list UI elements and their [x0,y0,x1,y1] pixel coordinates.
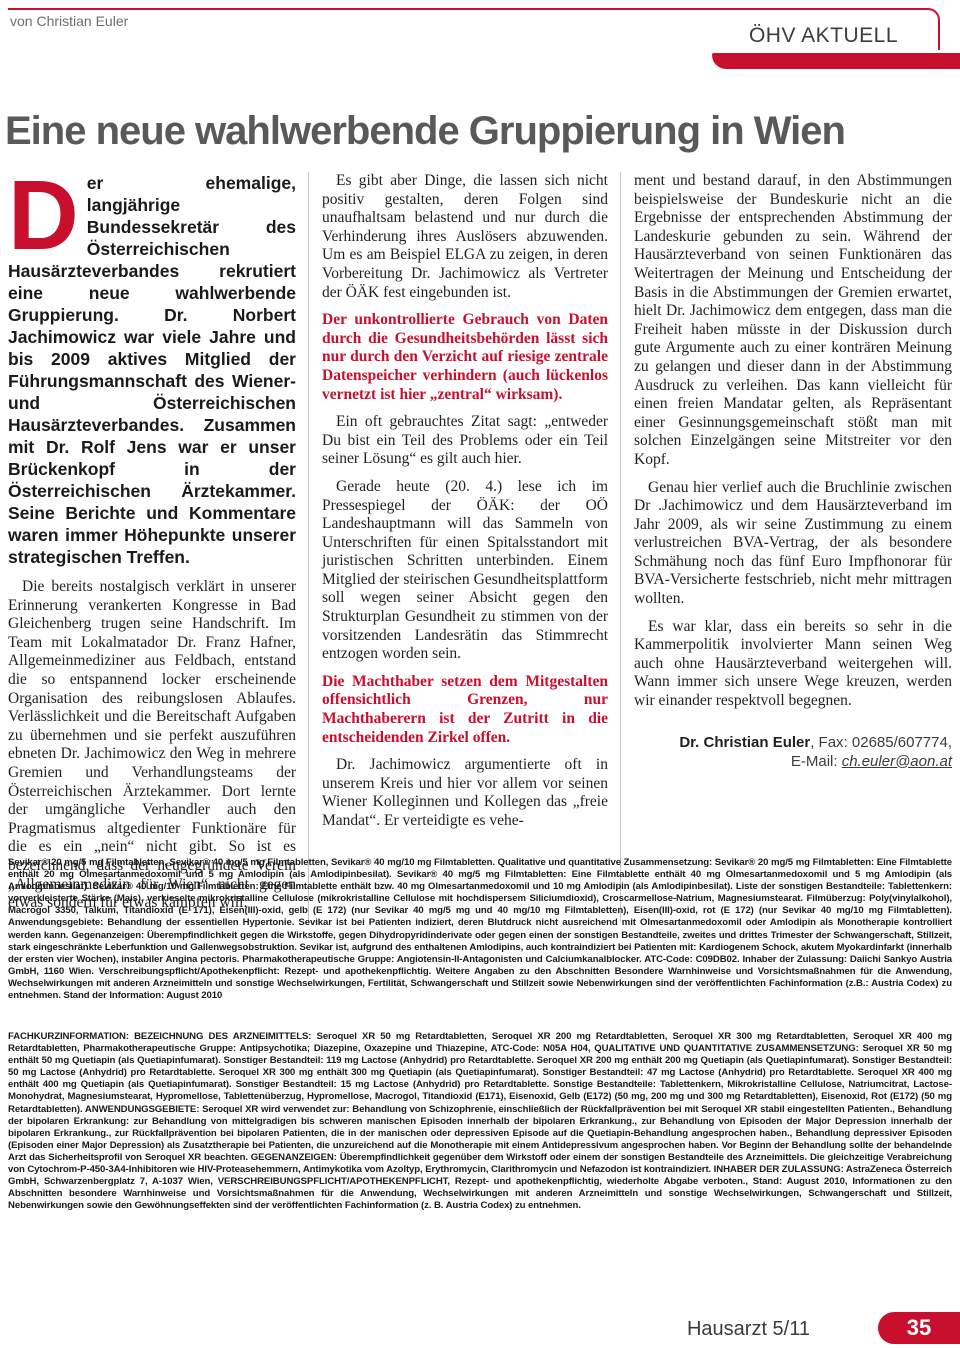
intro-paragraph: Der ehemalige, langjährige Bundessekretä… [8,172,296,568]
fineprint-fachkurzinformation: FACHKURZINFORMATION: BEZEICHNUNG DES ARZ… [8,1031,952,1212]
column-3: ment und bestand darauf, in den Abstimmu… [620,172,952,922]
paragraph: Dr. Jachimowicz argumentierte oft in uns… [322,756,608,830]
highlight-paragraph: Der unkontrollierte Gebrauch von Daten d… [322,311,608,404]
byline: von Christian Euler [10,13,128,29]
author-signature: Dr. Christian Euler, Fax: 02685/607774, … [634,733,952,771]
column-2: Es gibt aber Dinge, die lassen sich nich… [308,172,608,922]
email-label: E-Mail: [791,753,842,770]
highlight-paragraph: Die Machthaber setzen dem Mitgestalten o… [322,673,608,747]
drop-cap: D [8,176,79,254]
page-number: 35 [907,1315,931,1341]
author-name: Dr. Christian Euler [679,734,810,751]
page-title: Eine neue wahlwerbende Gruppierung in Wi… [5,109,955,154]
email-link[interactable]: ch.euler@aon.at [842,753,952,770]
article-columns: Der ehemalige, langjährige Bundessekretä… [8,172,952,922]
journal-issue: Hausarzt 5/11 [687,1318,810,1341]
paragraph: Gerade heute (20. 4.) lese ich im Presse… [322,478,608,664]
paragraph: Ein oft gebrauchtes Zitat sagt: „entwede… [322,413,608,469]
column-1: Der ehemalige, langjährige Bundessekretä… [8,172,296,922]
header-red-bar [712,53,960,69]
fineprint-sevikar: Sevikar® 20 mg/5 mg Filmtabletten, Sevik… [8,857,952,1002]
paragraph: Es gibt aber Dinge, die lassen sich nich… [322,172,608,302]
magazine-page: von Christian Euler ÖHV AKTUELL Eine neu… [0,0,960,1348]
section-label: ÖHV AKTUELL [749,24,898,48]
page-number-badge: 35 [878,1312,960,1344]
paragraph: ment und bestand darauf, in den Abstimmu… [634,172,952,470]
paragraph: Genau hier verlief auch die Bruchlinie z… [634,479,952,609]
paragraph: Es war klar, dass ein bereits so sehr in… [634,618,952,711]
author-fax: , Fax: 02685/607774, [810,734,952,751]
